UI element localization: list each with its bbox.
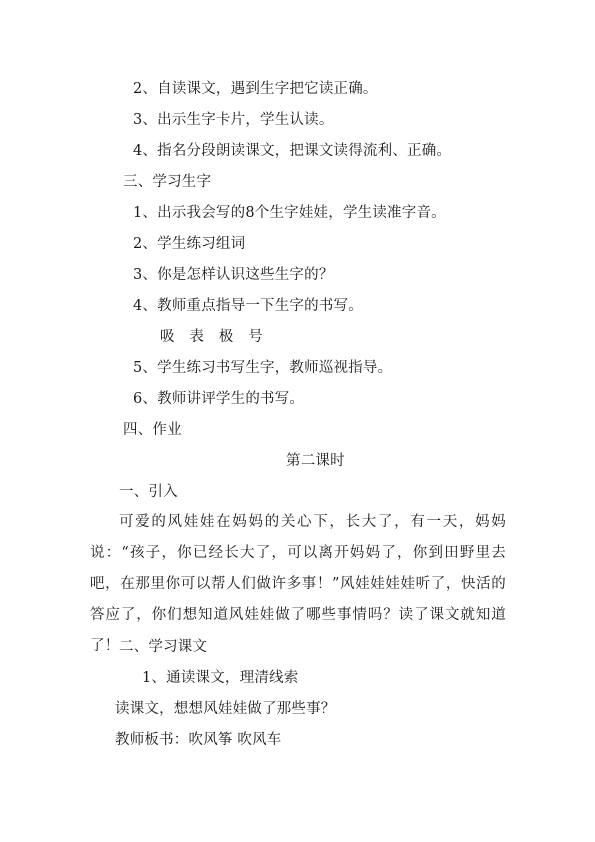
- section-heading-4: 四、作业: [123, 421, 182, 439]
- step-writing-guide: 4、教师重点指导一下生字的书写。: [133, 297, 363, 315]
- step-writing-review: 6、教师讲评学生的书写。: [133, 390, 304, 408]
- character-list: 吸 表 极 号: [160, 328, 263, 346]
- board-notes: 教师板书：吹风筝 吹风车: [115, 731, 282, 749]
- step-recognition: 3、你是怎样认识这些生字的？: [133, 266, 334, 284]
- step-show-characters: 1、出示我会写的8个生字娃娃，学生读准字音。: [133, 204, 446, 222]
- step-read-through: 1、通读课文，理清线索: [142, 669, 298, 687]
- step-show-cards: 3、出示生字卡片，学生认读。: [133, 111, 334, 129]
- section-heading-intro: 一、引入: [119, 483, 178, 501]
- section-heading-study: 二、学习课文: [119, 638, 207, 656]
- step-writing-practice: 5、学生练习书写生字，教师巡视指导。: [133, 359, 392, 377]
- section-heading-3: 三、学习生字: [123, 173, 211, 191]
- lesson-title: 第二课时: [286, 452, 345, 470]
- step-self-read: 2、自读课文，遇到生字把它读正确。: [133, 80, 378, 98]
- reading-question: 读课文，想想风娃娃做了那些事？: [115, 700, 336, 718]
- step-word-practice: 2、学生练习组词: [133, 235, 245, 253]
- step-read-aloud: 4、指名分段朗读课文，把课文读得流利、正确。: [133, 142, 451, 160]
